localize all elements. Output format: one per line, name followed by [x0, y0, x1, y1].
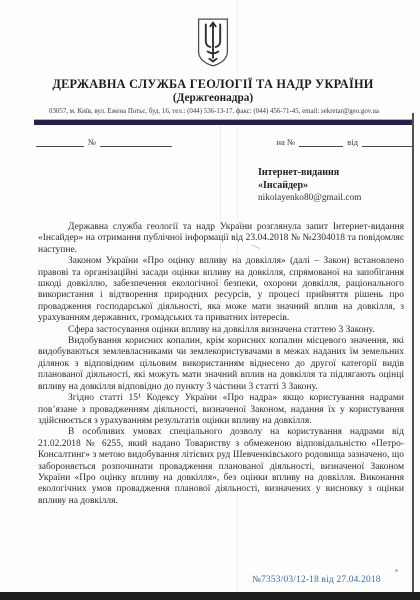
body-paragraph: В особливих умовах спеціального дозволу …: [38, 427, 404, 507]
body-paragraph: Згідно статті 15¹ Кодексу України «Про н…: [38, 393, 404, 427]
outgoing-number-field: №: [36, 137, 172, 147]
reply-number-blank-line: [299, 137, 343, 147]
number-label: №: [88, 137, 96, 147]
body-paragraph: Законом України «Про оцінку впливу на до…: [38, 256, 404, 324]
reply-reference-field: на №від: [276, 137, 412, 147]
reply-date-blank-line: [362, 137, 412, 147]
organization-short-name: (Держгеонадра): [20, 92, 406, 104]
recipient-name-line2: «Інсайдер»: [258, 179, 388, 192]
organization-name: ДЕРЖАВНА СЛУЖБА ГЕОЛОГІЇ ТА НАДР УКРАЇНИ: [20, 77, 406, 92]
body-paragraph: Видобування корисних копалин, крім корис…: [38, 336, 404, 393]
date-blank-line: [36, 137, 84, 147]
letter-body: Державна служба геології та надр України…: [38, 222, 404, 507]
recipient-name-line1: Інтернет-видання: [258, 166, 388, 179]
scan-speck: [395, 569, 398, 572]
number-blank-line: [100, 137, 172, 147]
recipient-email: nikolayenko80@gmail.com: [258, 192, 388, 205]
registration-number: №7353/03/12-18 від 27.04.2018: [252, 575, 381, 585]
body-paragraph: Державна служба геології та надр України…: [38, 222, 404, 256]
body-paragraph: Сфера застосування оцінки впливу на довк…: [38, 325, 404, 336]
scan-edge-right: [412, 113, 414, 593]
date-label: від: [347, 137, 358, 147]
scan-edge-bottom: [0, 592, 420, 600]
recipient-block: Інтернет-видання «Інсайдер» nikolayenko8…: [258, 166, 388, 205]
scanned-letter: ДЕРЖАВНА СЛУЖБА ГЕОЛОГІЇ ТА НАДР УКРАЇНИ…: [0, 0, 420, 600]
organization-address: 03057, м. Київ, вул. Ежена Потьє, буд. 1…: [18, 108, 410, 115]
letterhead-divider: [34, 120, 412, 125]
ukraine-trident-emblem: [195, 17, 231, 68]
reply-to-label: на №: [276, 137, 295, 147]
